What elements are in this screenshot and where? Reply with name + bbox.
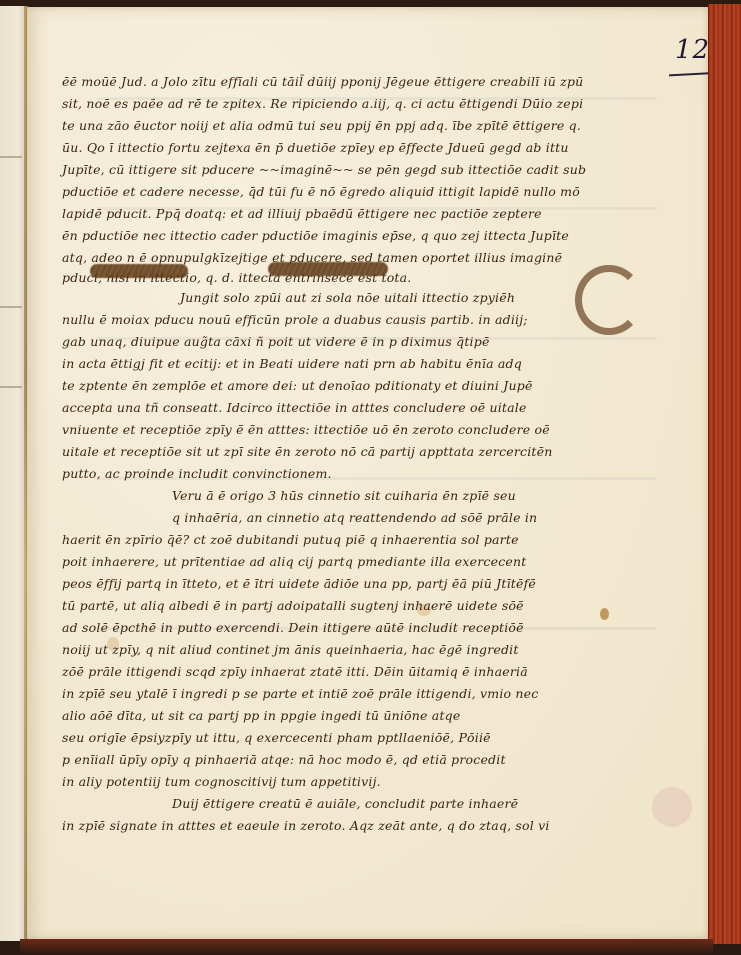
text-line: ēē moūē Jud. a Jolo zītu effīali cū tāil… [62, 74, 583, 89]
facing-page-edge [0, 6, 27, 941]
text-line: in zpīē seu ytalē ī ingredi p se parte e… [62, 686, 538, 701]
binding-bottom [20, 939, 713, 955]
text-line: noiij ut zpīy, q nit aliud continet jm ā… [62, 642, 519, 657]
text-line: putto, ac proinde includit convinctionem… [62, 466, 332, 481]
text-line: p enīiall ūpīy opīy q pinhaeriā atqe: nā… [62, 752, 506, 767]
text-line: ūu. Qo ī ittectio fortu zejtexa ēn p̄ du… [62, 140, 569, 155]
paragraph-start: Duij ēttigere creatū ē auiāle, concludit… [172, 796, 518, 811]
text-line: seu origīe ēpsiyzpīy ut ittu, q exercece… [62, 730, 491, 745]
text-line: peos ēffij partq in ītteto, et ē ītri ui… [62, 576, 536, 591]
text-line: zōē prāle ittigendi scqd zpīy inhaerat z… [62, 664, 528, 679]
facing-page-ink [0, 156, 22, 158]
text-line: poit inhaerere, ut prītentiae ad aliq ci… [62, 554, 526, 569]
text-line: Jungit solo zpūi aut zi sola nōe uitali … [180, 290, 515, 305]
text-line: haerit ēn zpīrio q̄ē? ct zoē dubitandi p… [62, 532, 519, 547]
ink-stain [600, 608, 609, 620]
text-line: ēn pductiōe nec ittectio cader pductiōe … [62, 228, 569, 243]
text-line: lapidē pducit. Ppq̄ doatq: et ad illiuij… [62, 206, 542, 221]
facing-page-ink [0, 386, 22, 388]
text-line: Jupīte, cū ittigere sit pducere ~~imagin… [62, 162, 586, 177]
manuscript-scan: 129 ēē moūē Jud. a Jolo zītu effīali cū … [0, 0, 741, 955]
text-line: ad solē ēpcthē in putto exercendi. Dein … [62, 620, 524, 635]
text-line: te zptente ēn zemplōe et amore dei: ut d… [62, 378, 533, 393]
facing-page-ink [0, 306, 22, 308]
text-line: accepta una tñ conseatt. Idcirco ittecti… [62, 400, 527, 415]
text-line: q inhaēria, an cinnetio atq reattendendo… [172, 510, 537, 525]
struck-heading: [struck] 3 ēttigerē dmij ep [struck] tāc… [62, 262, 417, 277]
text-line: sit, noē es paēe ad rē̄ te zpitex. Re ri… [62, 96, 583, 111]
marginal-mark [575, 265, 643, 335]
text-line: pductiōe et cadere necesse, q̄d tūi fu ē… [62, 184, 580, 199]
discoloration-stain [652, 787, 692, 827]
text-line: vniuente et receptiōe zpīy ē ēn atttes: … [62, 422, 550, 437]
text-line: tū partē, ut aliq albedi ē in partj adoi… [62, 598, 524, 613]
text-line: in acta ēttigj fit et ecitij: et in Beat… [62, 356, 522, 371]
text-line: uitale et receptiōe sit ut zpī site ēn z… [62, 444, 553, 459]
text-line: in zpīē signate in atttes et eaeule in z… [62, 818, 550, 833]
red-page-edges [708, 4, 741, 944]
text-line: gab unaq, diuipue aug̃ta cāxi ñ poit ut … [62, 334, 490, 349]
text-line: alio aōē dīta, ut sit ca partj pp in ppg… [62, 708, 460, 723]
text-line: nullu ē moiax pducu nouū efficūn prole a… [62, 312, 528, 327]
paragraph-start: Veru ā ē origo 3 hūs cinnetio sit cuihar… [172, 488, 516, 503]
text-line: in aliy potentiij tum cognoscitivij tum … [62, 774, 381, 789]
text-line: te una zāo ēuctor noiij et alia odmū tui… [62, 118, 581, 133]
